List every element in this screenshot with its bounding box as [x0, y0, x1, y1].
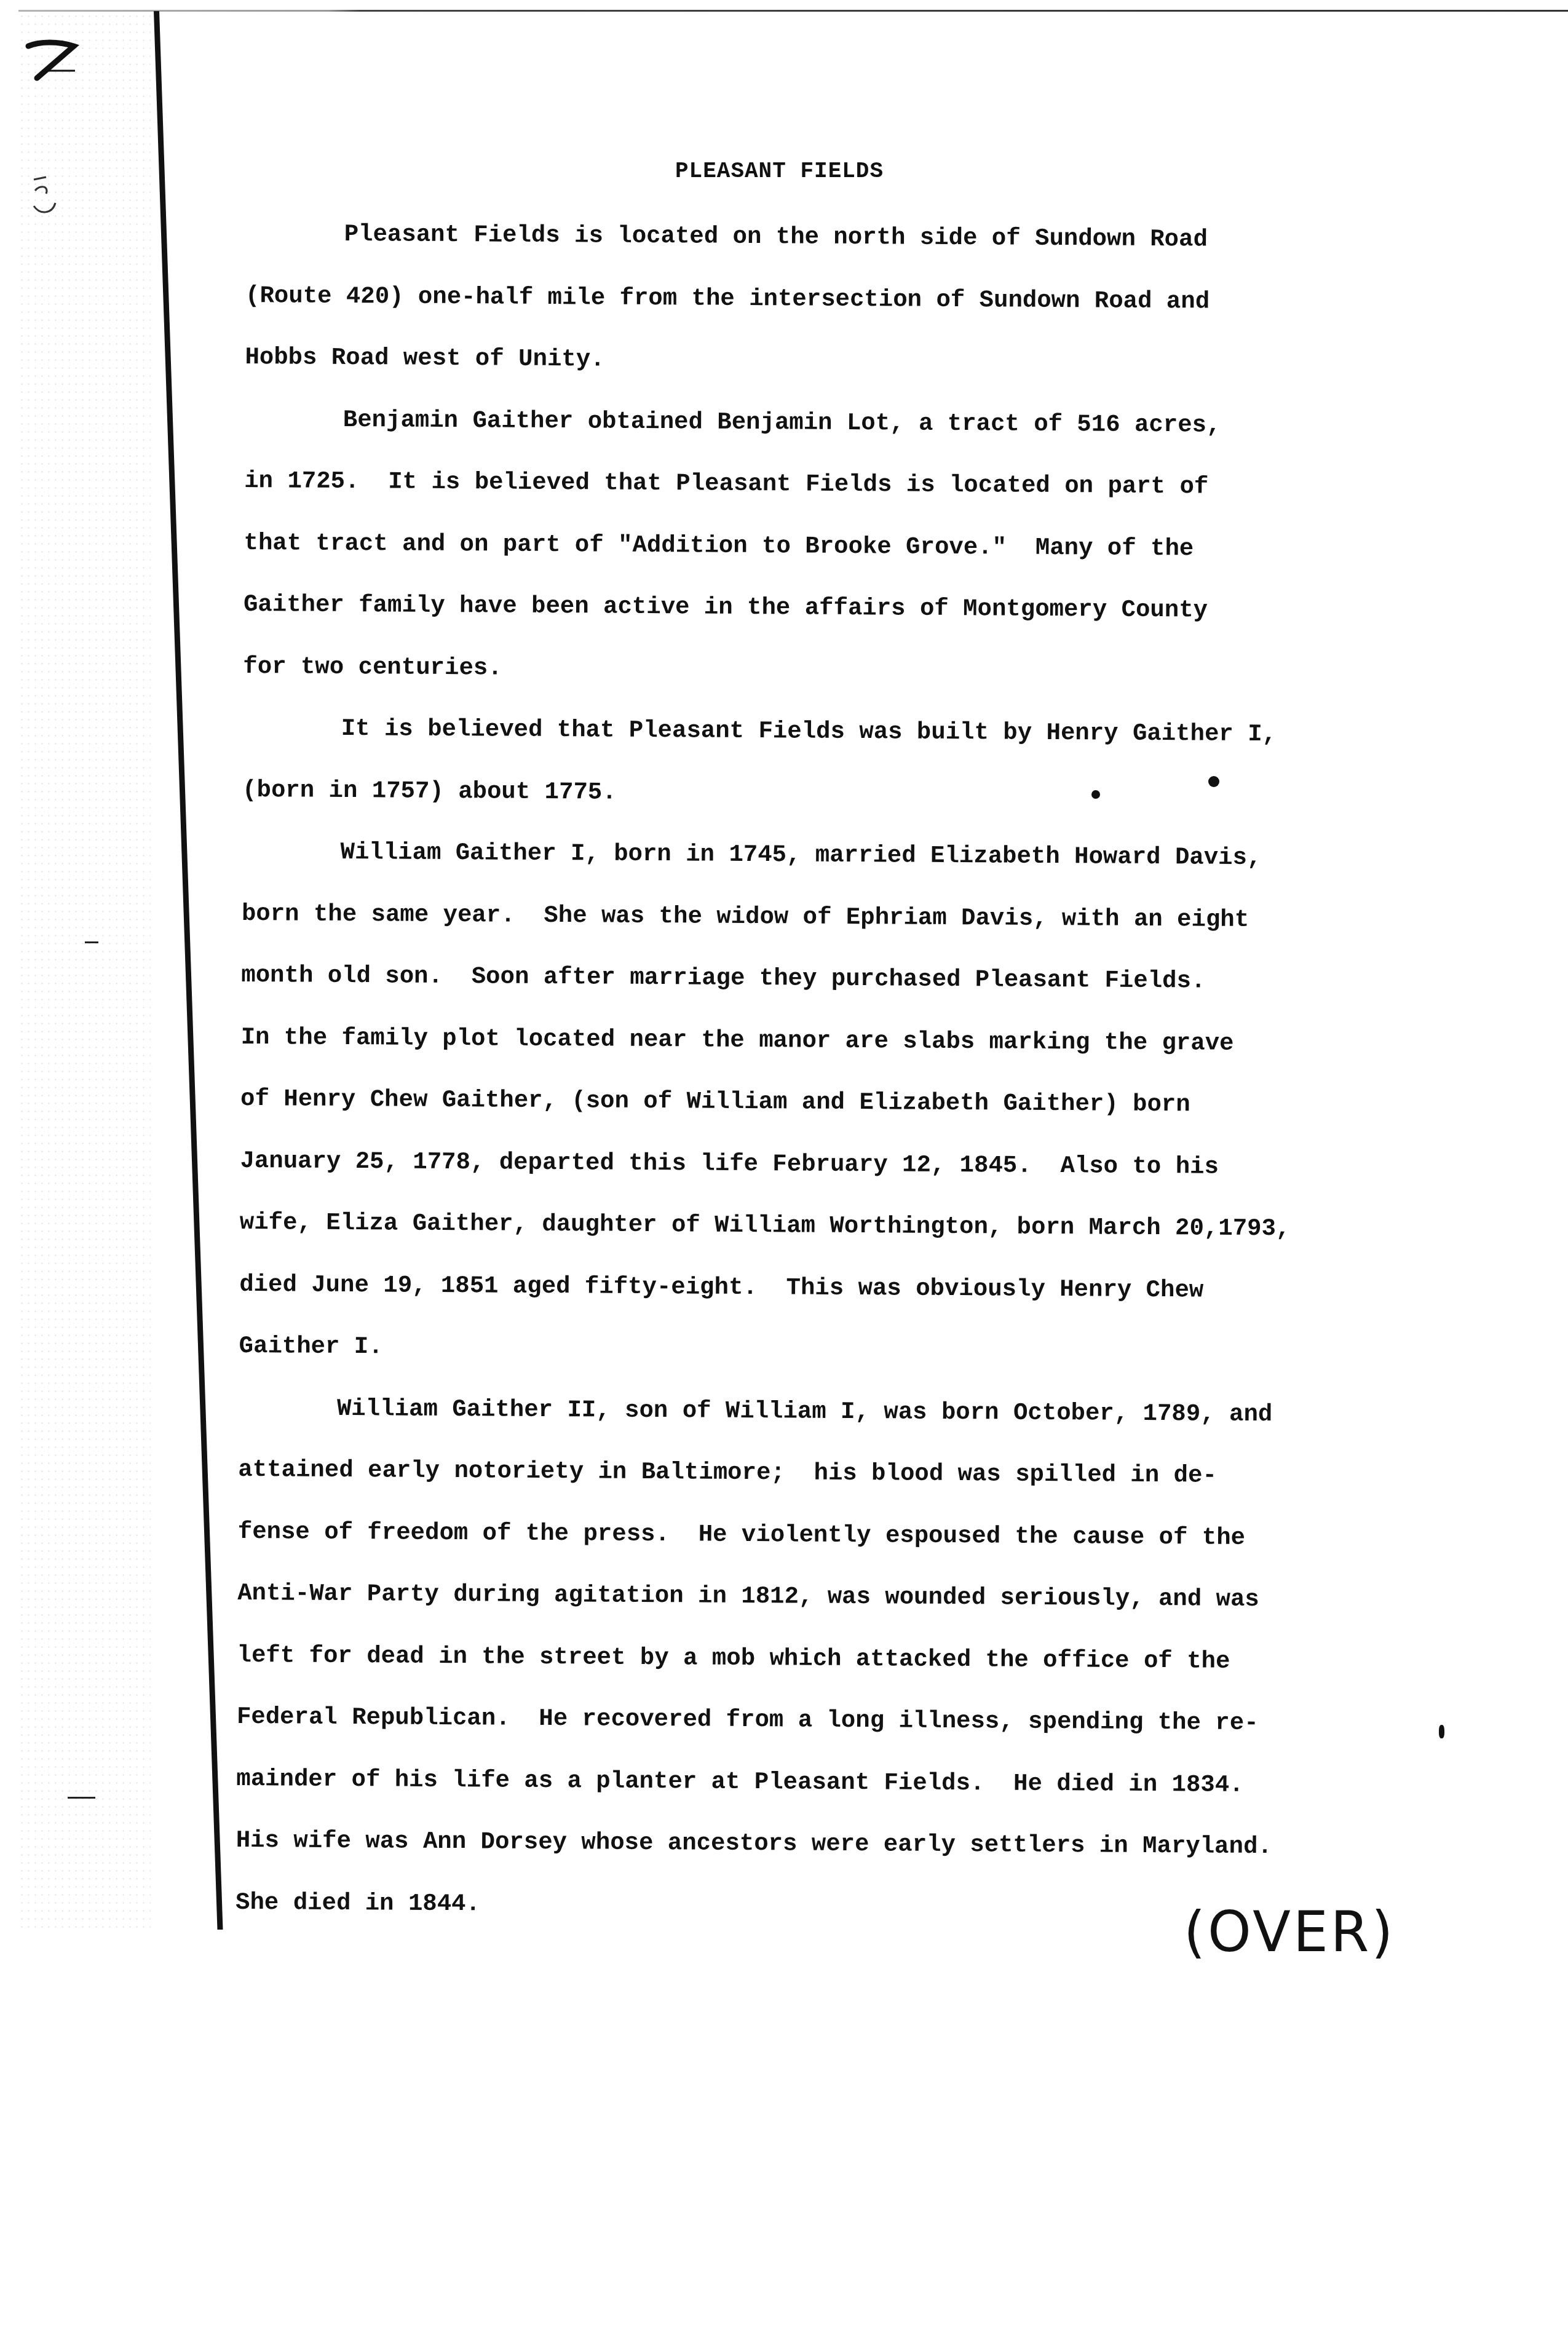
text-line: born the same year. She was the widow of…: [242, 882, 1423, 951]
margin-tick: [68, 1797, 95, 1799]
text-line: left for dead in the street by a mob whi…: [237, 1624, 1418, 1693]
text-line: (born in 1757) about 1775.: [242, 759, 1423, 828]
text-line: Anti-War Party during agitation in 1812,…: [237, 1563, 1419, 1631]
text-line: died June 19, 1851 aged fifty-eight. Thi…: [239, 1253, 1420, 1322]
text-line: in 1725. It is believed that Pleasant Fi…: [244, 450, 1425, 519]
text-line: Hobbs Road west of Unity.: [245, 327, 1426, 395]
text-line: that tract and on part of "Addition to B…: [244, 512, 1425, 580]
text-line: fense of freedom of the press. He violen…: [237, 1500, 1419, 1569]
text-line: Benjamin Gaither obtained Benjamin Lot, …: [245, 388, 1426, 457]
text-line: January 25, 1778, departed this life Feb…: [240, 1130, 1421, 1198]
text-line: (Route 420) one-half mile from the inter…: [245, 264, 1427, 333]
handwritten-page-number-icon: [25, 34, 80, 83]
text-line: His wife was Ann Dorsey whose ancestors …: [236, 1810, 1417, 1879]
top-edge-rule: [18, 10, 1568, 12]
paragraph-william-gaither-i: William Gaither I, born in 1745, married…: [239, 821, 1422, 1384]
margin-scribble-icon: [28, 172, 61, 221]
text-line: month old son. Soon after marriage they …: [241, 945, 1422, 1013]
handwritten-over-note: (OVER): [1184, 1900, 1395, 1965]
text-line: mainder of his life as a planter at Plea…: [236, 1748, 1417, 1816]
document-page: 2 PLEASANT FIELDS Pleasant Fields is loc…: [0, 0, 1568, 2341]
text-line: William Gaither II, son of William I, wa…: [239, 1377, 1420, 1446]
text-line: William Gaither I, born in 1745, married…: [242, 821, 1423, 890]
ink-blot: [1208, 776, 1219, 787]
document-body: Pleasant Fields is located on the north …: [236, 203, 1427, 1941]
paragraph-built-by: It is believed that Pleasant Fields was …: [242, 697, 1423, 828]
ink-blot: [1439, 1725, 1444, 1738]
text-line: of Henry Chew Gaither, (son of William a…: [240, 1068, 1422, 1137]
paragraph-benjamin-lot: Benjamin Gaither obtained Benjamin Lot, …: [243, 388, 1425, 704]
text-line: Gaither family have been active in the a…: [244, 574, 1425, 643]
left-margin-rule: [154, 11, 223, 1930]
margin-tick: [85, 941, 98, 943]
text-line: Pleasant Fields is located on the north …: [245, 203, 1427, 272]
scanned-margin-texture: [18, 12, 151, 1931]
paragraph-location: Pleasant Fields is located on the north …: [245, 203, 1427, 395]
text-line: Gaither I.: [239, 1315, 1420, 1384]
text-line: Federal Republican. He recovered from a …: [237, 1686, 1418, 1755]
text-line: attained early notoriety in Baltimore; h…: [238, 1439, 1419, 1508]
document-title: PLEASANT FIELDS: [675, 159, 884, 184]
text-line: for two centuries.: [243, 635, 1424, 704]
paragraph-william-gaither-ii: William Gaither II, son of William I, wa…: [236, 1377, 1419, 1940]
ink-blot: [1091, 790, 1100, 799]
text-line: It is believed that Pleasant Fields was …: [242, 697, 1423, 766]
text-line: wife, Eliza Gaither, daughter of William…: [240, 1192, 1421, 1261]
text-line: In the family plot located near the mano…: [240, 1006, 1422, 1075]
